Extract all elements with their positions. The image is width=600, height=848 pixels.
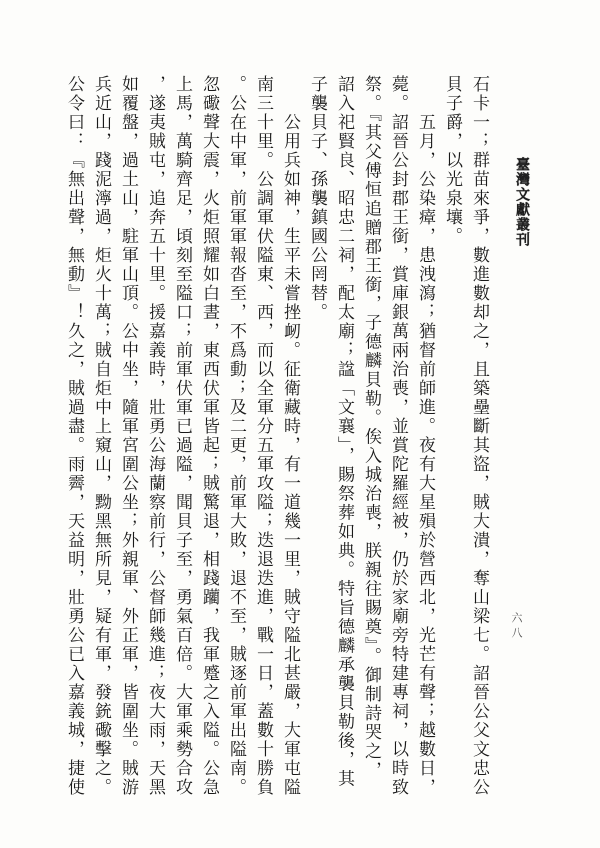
series-title-header: 臺灣文獻叢刊 — [511, 157, 531, 247]
text-column: ，遂夷賊屯，追奔五十里。援嘉義時，壯勇公海蘭察前行，公督師幾進；夜大雨，天黑 — [145, 75, 165, 810]
text-column: 兵近山，踐泥濘過，炬火十萬；賊自炬中上窺山，黝黑無所見，疑有軍，發銃礮擊之。 — [91, 75, 111, 810]
text-column: 子襲貝子、孫襲鎮國公罔替。 — [307, 75, 327, 810]
text-column: 忽礮聲大震，火炬照耀如白晝，東西伏軍皆起；賊驚退，相踐躪，我軍蹙之入隘。公急 — [199, 75, 219, 810]
text-column: 。公在中軍，前軍軍報沓至，不爲動；及二更，前軍大敗，退不至，賊逐前軍出隘南。 — [226, 75, 246, 810]
text-column: 南三十里。公調軍伏隘東、西，而以全軍分五軍攻隘；迭退迭進，戰一日，蓋數十勝負 — [253, 75, 273, 810]
page-number: 六八 — [508, 612, 524, 642]
text-column: 祭。『其父傅恒追贈郡王銜，子德麟貝勒。俟入城治喪，朕親往賜奠』。御制詩哭之， — [361, 75, 381, 810]
text-column: 詔入祀賢良、昭忠二祠，配太廟；諡「文襄」，賜祭葬如典。特旨德麟承襲貝勒後，其 — [334, 75, 354, 810]
text-column: 如覆盤，過土山，駐軍山頂。公中坐，隨軍宮圍公坐；外親軍、外正軍，皆圍坐。賊游 — [118, 75, 138, 810]
text-column: 貝子爵，以光泉壤。 — [442, 75, 462, 810]
text-column: 公令曰：『無出聲，無動』！久之，賊過盡。雨霽，天益明，壯勇公已入嘉義城，捷使 — [64, 75, 84, 810]
document-page: 臺灣文獻叢刊 六八 石卡一；群苗來爭，數進數却之，且築壘斷其盜，賊大潰，奪山梁七… — [0, 0, 600, 848]
text-column: 上馬，萬騎齊足，頃刻至隘口；前軍伏軍已過隘，聞貝子至，勇氣百倍。大軍乘勢合攻 — [172, 75, 192, 810]
text-column: 五月，公染瘴，患洩瀉；猶督前師進。夜有大星殞於營西北，光芒有聲；越數日， — [415, 75, 435, 810]
text-column: 公用兵如神，生平未嘗挫衂。征衛藏時，有一道幾一里，賊守隘北甚嚴，大軍屯隘 — [280, 75, 300, 810]
text-column: 石卡一；群苗來爭，數進數却之，且築壘斷其盜，賊大潰，奪山梁七。詔晉公父文忠公 — [469, 75, 489, 810]
text-columns: 石卡一；群苗來爭，數進數却之，且築壘斷其盜，賊大潰，奪山梁七。詔晉公父文忠公貝子… — [64, 75, 489, 810]
text-column: 薨。詔晉公封郡王銜，賞庫銀萬兩治喪，並賞陀羅經被，仍於家廟旁特建專祠，以時致 — [388, 75, 408, 810]
